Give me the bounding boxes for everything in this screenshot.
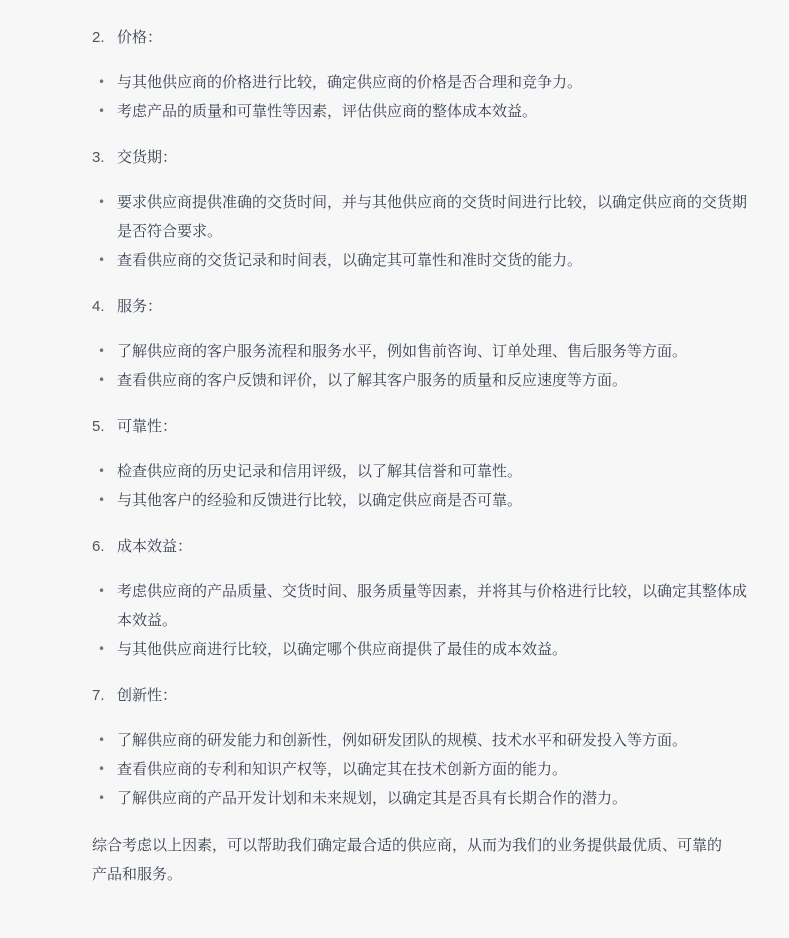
bullet-icon: •	[98, 337, 105, 366]
list-item: •了解供应商的研发能力和创新性，例如研发团队的规模、技术水平和研发投入等方面。	[92, 726, 752, 755]
section-number: 5.	[92, 414, 117, 440]
list-item: •查看供应商的交货记录和时间表，以确定其可靠性和准时交货的能力。	[92, 246, 752, 275]
section-number: 3.	[92, 145, 117, 171]
bullet-icon: •	[98, 457, 105, 486]
section-heading: 3. 交货期：	[92, 144, 752, 170]
section-number: 4.	[92, 294, 117, 320]
section-cost-effectiveness: 6. 成本效益： •考虑供应商的产品质量、交货时间、服务质量等因素，并将其与价格…	[92, 533, 752, 664]
bullet-list: •了解供应商的研发能力和创新性，例如研发团队的规模、技术水平和研发投入等方面。 …	[92, 726, 752, 813]
section-heading: 2. 价格：	[92, 24, 752, 50]
list-item: •与其他供应商的价格进行比较，确定供应商的价格是否合理和竞争力。	[92, 68, 752, 97]
bullet-icon: •	[98, 97, 105, 126]
section-delivery: 3. 交货期： •要求供应商提供准确的交货时间，并与其他供应商的交货时间进行比较…	[92, 144, 752, 275]
bullet-icon: •	[98, 726, 105, 755]
bullet-icon: •	[98, 486, 105, 515]
bullet-icon: •	[98, 784, 105, 813]
list-item: •检查供应商的历史记录和信用评级，以了解其信誉和可靠性。	[92, 457, 752, 486]
bullet-list: •与其他供应商的价格进行比较，确定供应商的价格是否合理和竞争力。 •考虑产品的质…	[92, 68, 752, 126]
bullet-icon: •	[98, 577, 105, 606]
section-price: 2. 价格： •与其他供应商的价格进行比较，确定供应商的价格是否合理和竞争力。 …	[92, 24, 752, 126]
bullet-icon: •	[98, 246, 105, 275]
section-heading: 6. 成本效益：	[92, 533, 752, 559]
list-item: •查看供应商的客户反馈和评价，以了解其客户服务的质量和反应速度等方面。	[92, 366, 752, 395]
list-item: •查看供应商的专利和知识产权等，以确定其在技术创新方面的能力。	[92, 755, 752, 784]
document-body: 2. 价格： •与其他供应商的价格进行比较，确定供应商的价格是否合理和竞争力。 …	[0, 0, 752, 889]
section-heading: 7. 创新性：	[92, 682, 752, 708]
list-item: •与其他客户的经验和反馈进行比较，以确定供应商是否可靠。	[92, 486, 752, 515]
bullet-icon: •	[98, 366, 105, 395]
section-service: 4. 服务： •了解供应商的客户服务流程和服务水平，例如售前咨询、订单处理、售后…	[92, 293, 752, 395]
section-number: 2.	[92, 25, 117, 51]
bullet-list: •要求供应商提供准确的交货时间，并与其他供应商的交货时间进行比较，以确定供应商的…	[92, 188, 752, 275]
bullet-icon: •	[98, 188, 105, 217]
section-title: 价格：	[117, 24, 162, 50]
bullet-list: •了解供应商的客户服务流程和服务水平，例如售前咨询、订单处理、售后服务等方面。 …	[92, 337, 752, 395]
bullet-icon: •	[98, 755, 105, 784]
section-title: 可靠性：	[117, 413, 177, 439]
bullet-list: •检查供应商的历史记录和信用评级，以了解其信誉和可靠性。 •与其他客户的经验和反…	[92, 457, 752, 515]
bullet-icon: •	[98, 635, 105, 664]
section-title: 成本效益：	[117, 533, 192, 559]
section-reliability: 5. 可靠性： •检查供应商的历史记录和信用评级，以了解其信誉和可靠性。 •与其…	[92, 413, 752, 515]
section-number: 6.	[92, 534, 117, 560]
list-item: •考虑供应商的产品质量、交货时间、服务质量等因素，并将其与价格进行比较，以确定其…	[92, 577, 752, 635]
list-item: •了解供应商的产品开发计划和未来规划，以确定其是否具有长期合作的潜力。	[92, 784, 752, 813]
section-title: 创新性：	[117, 682, 177, 708]
section-heading: 5. 可靠性：	[92, 413, 752, 439]
list-item: •了解供应商的客户服务流程和服务水平，例如售前咨询、订单处理、售后服务等方面。	[92, 337, 752, 366]
section-title: 交货期：	[117, 144, 177, 170]
list-item: •与其他供应商进行比较，以确定哪个供应商提供了最佳的成本效益。	[92, 635, 752, 664]
summary-paragraph: 综合考虑以上因素，可以帮助我们确定最合适的供应商，从而为我们的业务提供最优质、可…	[92, 831, 732, 889]
section-innovation: 7. 创新性： •了解供应商的研发能力和创新性，例如研发团队的规模、技术水平和研…	[92, 682, 752, 813]
section-number: 7.	[92, 683, 117, 709]
bullet-icon: •	[98, 68, 105, 97]
section-title: 服务：	[117, 293, 162, 319]
list-item: •要求供应商提供准确的交货时间，并与其他供应商的交货时间进行比较，以确定供应商的…	[92, 188, 752, 246]
list-item: •考虑产品的质量和可靠性等因素，评估供应商的整体成本效益。	[92, 97, 752, 126]
bullet-list: •考虑供应商的产品质量、交货时间、服务质量等因素，并将其与价格进行比较，以确定其…	[92, 577, 752, 664]
section-heading: 4. 服务：	[92, 293, 752, 319]
